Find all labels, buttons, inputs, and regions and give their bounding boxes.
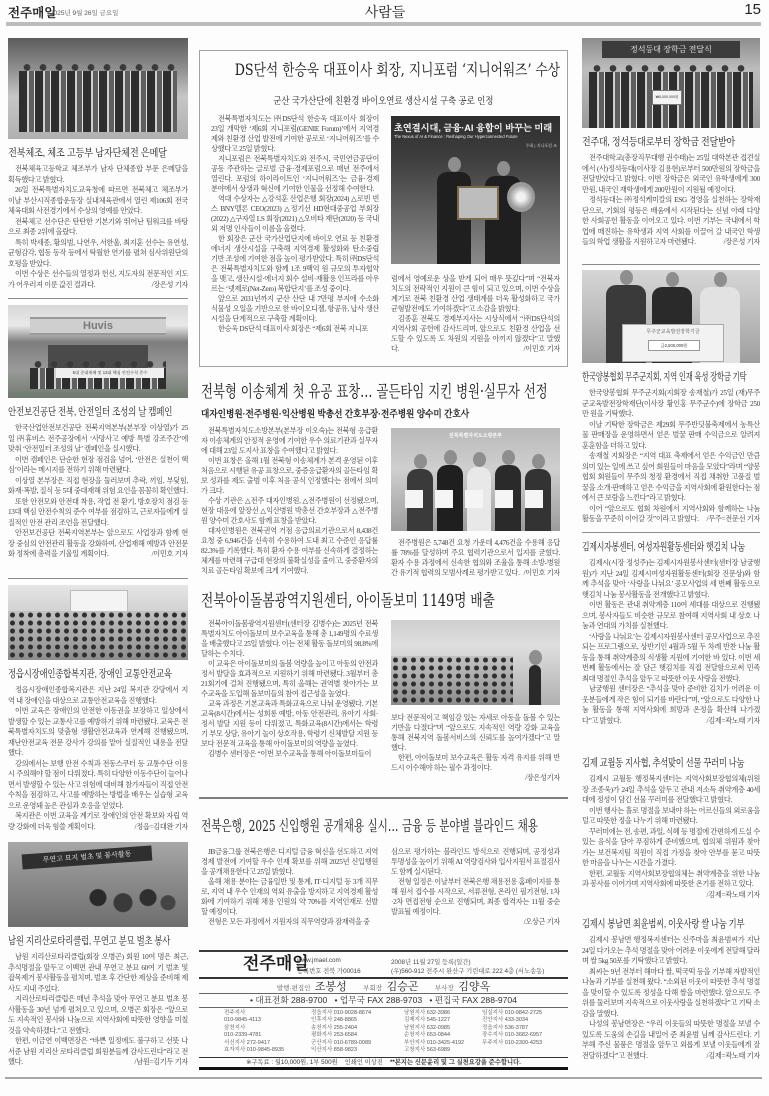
paragraph: 꾸러미에는 전, 송편, 과일, 식혜 등 명절에 간편하게 드실 수 있는 음… [582,827,760,869]
featured-headline-wrap: DS단석 한승욱 대표이사 회장, 지니포럼 ‘지니어워즈’ 수상 [199,59,568,81]
byline: /정읍=김대완 기자 [131,822,188,833]
byline: /장은성기자 [391,773,560,783]
paragraph: 수상 기관은 △전주 대자인병원, △전주병원이 선정됐으며, 현장 대응에 앞… [201,496,378,526]
photo-huvis-campaign: Huvis 5대 중대재해 및 13대 핵심 안전수칙 준수 [8,305,188,398]
paragraph: 교육 과정은 기본교육과 특화교육으로 나눠 운영됐다. 기본교육(8시간)에서… [201,699,378,749]
paragraph: 전북체고 선수단은 탄탄한 기본기와 뛰어난 팀워크를 바탕으로 최종 2위에 … [8,217,188,238]
byline: /김제=곽노태 기자 [703,716,760,727]
staff-name: 김양옥 [458,981,490,993]
header-rule [6,22,761,26]
article-body-beekeepers: 한국양봉협회 무주군지회(지회장 송재철)가 25일 (재)무주군교육발전장학재… [582,388,760,528]
article-body-kimchi-sharing: 김제시(시장 정성주)는 김제시자원봉사센터(센터장 남궁행원)가 지난 24일… [582,558,760,740]
byline: /이민호 기자 [520,344,560,354]
donation-board: 무주군교육발전장학기금 금2,500,000원 [622,324,724,362]
paragraph: JB금융그룹 전북은행은 디지털 금융 혁신을 선도하고 지역경제 발전에 기여… [201,847,378,877]
article-divider [582,264,760,265]
article-body-jb-bank-right: 심으로 평가하는 블라인드 방식으로 진행되며, 공정성과 투명성을 높이기 위… [391,847,560,947]
photo-scholarship-ceremony: 정석등대 장학금 전달식 ₩5,000,000원 [582,38,760,128]
registration-date: 2008년 11월 27일 등록(일간) [391,957,471,966]
branch-entry: 익산지사 858-9823 [311,1047,371,1054]
paragraph: 이번 행사는 홀로 명절을 보내야 하는 어르신들의 외로움을 덜고 따뜻한 정… [582,806,760,827]
paragraph: 또한 안전모와 안전대 착용, 작업 전 환기, 방호장치 점검 등 13대 핵… [8,497,188,529]
masthead-url[interactable]: www.jmael.com [297,957,341,964]
wall-sign: 전북특별자치도소방본부 [391,432,560,439]
paragraph: 김종훈 전북도 경제부지사는 시상식에서 “㈜DS단석의 지역사회 공헌에 감사… [391,314,560,354]
paragraph: 최씨는 9년 전부터 해마다 쌀, 떡국떡 등을 기부해 자발적인 나눔과 기부… [582,967,760,1020]
staff-title: 부회장 [363,985,382,992]
branch-entry: 김제지사 545-1227 [404,1017,464,1024]
paragraph: 역대 수상자는 △강석훈 산업은행 회장(2024) △로빈 빈스 BNY멜론 … [211,194,379,234]
branch-entry: 전주지사 [224,1010,284,1017]
branch-entry: 삼천지사 [224,1025,284,1032]
paragraph: 김제시 교월동 행정복지센터는 지역사회보장협의체(위원장 조종욱)가 24일 … [582,774,760,806]
branch-entry: 인후지사 248-8865 [311,1017,371,1024]
article-body-jb-bank-left: JB금융그룹 전북은행은 디지털 금융 혁신을 선도하고 지역경제 발전에 기여… [201,847,378,931]
branch-entry: 고창지사 563-6989 [404,1047,464,1054]
issue-date: 2025년 9월 26일 금요일 [50,8,118,17]
headline-gymnastics: 전북체조, 체조 고등부 남자단체전 은메달 [8,146,167,160]
subtitle-ds-danseok: 군산 국가산단에 친환경 바이오연료 생산시설 구축 공로 인정 [273,95,493,107]
staff-title: 발행·편집인 [277,985,311,992]
article-body-child-care-left: 전북아이돌봄광역지원센터(센터장 김병수)는 2025년 전북특별자치도 아이돌… [201,619,378,781]
masthead-rule-top [199,950,568,952]
paragraph: ‘사랑을 나눠요’는 김제시자원봉사센터 공모사업으로 추진되는 프로그램으로,… [582,632,760,685]
masthead-rule-bottom [199,1067,568,1070]
staff-title: 부사장 [435,985,454,992]
photo-gymnastics-team [8,38,188,139]
staff-name: 김승곤 [387,981,419,993]
paragraph: 나성의 봉남면장은 “우리 이웃들의 따뜻한 명절을 보낼 수 있도록 도움의 … [582,1019,760,1061]
branch-entry: 진안지사 433-3034 [482,1017,542,1024]
building-sign: Huvis [30,317,166,335]
paragraph: 보다 전문적이고 책임감 있는 자세로 아동을 돌볼 수 있는 기반을 다졌다”… [391,713,560,753]
headline-kimchi-sharing: 김제시자봉센터, 여성자원활동센터와 햇김치 나눔 [582,540,745,554]
paragraph: 이번 활동은 관내 취약계층 110여 세대를 대상으로 진행됐으며, 봉사자들… [582,600,760,632]
article-body-child-care-right: 보다 전문적이고 책임감 있는 자세로 아동을 돌볼 수 있는 기반을 다졌다”… [391,713,560,787]
branch-entry: 장수지사 010-3682-6957 [482,1032,542,1039]
paragraph: 전북아이돌봄광역지원센터(센터장 김병수)는 2025년 전북특별자치도 아이돌… [201,619,378,659]
paragraph: 송재철 지회장은 “지역 대표 축제에서 얻은 수익금인 만큼 의미 있는 일에… [582,451,760,504]
branch-list-col-4: 임실지사 010-9842-2725 진안지사 433-3034 정읍지사 53… [482,1010,542,1047]
subtitle-wrap: 군산 국가산단에 친환경 바이오연료 생산시설 구축 공로 인정 [199,91,568,109]
office-address: (우)560-912 전주시 완산구 기린대로 222 4층 (서노송동) [391,966,544,975]
paragraph: 김병수 센터장은 “이번 보수교육을 통해 아이돌보미들이 [201,749,378,759]
ceremony-banner: 정석등대 장학금 전달식 [602,41,740,58]
headline-safety-campaign: 안전보건공단 전북, 안전일터 조성의 날 캠페인 [8,405,172,419]
paragraph: 지니포럼은 전북특별자치도와 전주시, 국민연금공단이 공동 주관하는 글로벌 … [211,154,379,194]
registration-number: 등록번호 전북 가00016 [297,966,361,975]
byline: /장은성 기자 [148,280,188,291]
photo-award-recipients: 전북특별자치도소방본부 [391,428,560,531]
paragraph: 전주병원은 5,748건 요청 가운데 4,476건을 수용해 응답률 78%를… [391,538,560,578]
article-body-traffic-safety: 정읍시장애인종합복지관은 지난 24일 복지관 강당에서 지역 내 장애인을 대… [8,685,188,833]
fax-business: • 업무국 FAX 288-9703 [335,995,423,1005]
paragraph: 전북특별자치도소방본부(본부장 이오숙)는 전북형 응급환자 이송체계의 안정적… [201,426,378,456]
byline: /오상근 기자 [391,917,560,927]
paragraph: 이 교육은 아이돌보미의 돌봄 역량을 높이고 아동의 안전과 정서 발달을 효… [201,659,378,699]
article-body-jeonju-univ: 전주대학교(총장직무대행 권수태)는 25일 대학본관 접견실에서 (사)정석등… [582,153,760,261]
ethics-statement: **본지는 신문윤리 및 그 실천요강을 준수합니다. [390,1059,521,1066]
paragraph: 이날 기탁한 장학금은 제29회 무주반딧불축제에서 농특산물 판매장을 운영하… [582,420,760,452]
paragraph: 특히 박세종, 황의범, 나연우, 서한울, 최지훈 선수는 유연성, 균형감각… [8,238,188,270]
section-title: 사람들 [340,2,430,22]
paragraph: 대자인병원은 전북권역 거점 응급의료기관으로서 8,438건 요청 중 6,9… [201,526,378,576]
branch-list-col-2: 정읍지사 010-9028-8674 인후지사 248-8865 송천지사 25… [311,1010,371,1054]
paragraph: 올해 채용 분야는 금융일반 및 통계, IT·디지털 등 3개 직무로, 지역… [201,877,378,917]
paragraph: 안전보건공단 전북지역본부는 앞으로도 사업장과 함께 현장 중심의 안전관리 … [8,528,188,560]
headline-traffic-safety: 정읍시장애인종합복지관, 장애인 교통안전교육 [8,667,172,681]
article-divider [8,298,188,299]
paragraph: 한편, 아이돌보미 보수교육은 활동 자격 유지를 위해 반드시 이수해야 하는… [391,753,560,773]
byline: /무주=전문선 기자 [703,514,760,525]
branch-entry: 순창지사 653-0844 [404,1032,464,1039]
headline-beekeepers-scholarship: 한국양봉협회 무주군지회, 지역 인재 육성 장학금 기탁 [582,370,746,384]
photo-caregiver-training [391,620,560,705]
paragraph: 이번 캠페인은 단순한 현장 점검을 넘어, ‘안전은 실천이 핵심’이라는 메… [8,455,188,476]
branch-entry: 서신지사 272-9417 [224,1040,284,1047]
volunteers-group [78,884,178,918]
branch-entry: 무주지사 010-2300-4253 [482,1040,542,1047]
paragraph-text: 한편, 교월동 지역사회보장협의체는 취약계층을 위한 나눔과 봉사를 이어가며… [582,870,760,889]
article-body-gyowol-gift-boxes: 김제시 교월동 행정복지센터는 지역사회보장협의체(위원장 조종욱)가 24일 … [582,774,760,902]
paragraph: 럼에서 영예로운 상을 받게 되어 매우 뜻깊다”며 “전북자치도의 전략적인 … [391,274,560,314]
paragraph: 한국산업안전보건공단 전북지역본부(본부장 이상열)가 25일 ㈜휴비스 전주공… [8,423,188,455]
award-plaque [457,186,499,220]
staff-name: 조봉성 [315,981,347,993]
paragraph: 전주대학교(총장직무대행 권수태)는 25일 대학본관 접견실에서 (사)정석등… [582,153,760,195]
paragraph: 이번 수상은 선수들의 열정과 헌신, 지도자의 전문적인 지도가 어우러져 이… [8,269,188,290]
paragraph: 김제시(시장 정성주)는 김제시자원봉사센터(센터장 남궁행원)가 지난 24일… [582,558,760,600]
byline: /남원=김기두 기자 [131,1057,188,1068]
paragraph: 한승욱 DS단석 대표이사 회장은 “제6회 전북 지니포 [211,324,379,334]
paragraph: 전북특별자치도는 ㈜DS단석 한승욱 대표이사 회장이 23일 개막한 ‘제6회… [211,114,379,154]
article-body-gymnastics: 전북체육고등학교 체조부가 남자 단체종합 부문 은메달을 획득했다고 밝혔다.… [8,164,188,292]
article-divider [582,532,760,533]
board-title: 무주군교육발전장학기금 [623,328,723,335]
byline: /장은성 기자 [720,237,760,248]
branch-entry: 평화지사 253-6584 [311,1032,371,1039]
photo-beekeepers-donation: 무주군교육발전장학기금 금2,500,000원 [582,270,760,363]
paragraph: 정읍시장애인종합복지관은 지난 24일 복지관 강당에서 지역 내 장애인을 대… [8,685,188,706]
headline-gyowol-gift-boxes: 김제 교월동 지사협, 추석맞이 선물 꾸러미 나눔 [582,756,744,770]
subscription-fee: ※구독료 : 월10,000원, 1부 500원 [246,1059,338,1066]
paragraph: 한편, 교월동 지역사회보장협의체는 취약계층을 위한 나눔과 봉사를 이어가며… [582,869,760,890]
flower-bouquet [507,182,535,212]
headline-rice-donation: 김제시 봉남면 최윤범씨, 이웃사랑 쌀 나눔 기부 [582,917,744,931]
branch-entry: 부안지사 010-3425-4192 [404,1040,464,1047]
paragraph: 앞으로 2031년까지 군산 산단 내 7만평 부지에 수소화 식물성 오일을 … [211,294,379,324]
photo-traffic-safety-education [8,585,188,660]
paragraph: 지리산로타리클럽은 매년 추석을 맞아 무연고 분묘 벌초 봉사활동을 30년 … [8,994,188,1036]
masthead-footer: ※구독료 : 월10,000원, 1부 500원 인쇄인 이상진 **본지는 신… [199,1059,568,1067]
donation-amount: 금2,500,000원 [648,340,700,351]
article-body-ds-danseok-right: 럼에서 영예로운 상을 받게 되어 매우 뜻깊다”며 “전북자치도의 전략적인 … [391,274,560,360]
paragraph: 정석등대는 ㈜정석케미칼의 ESG 경영을 실천하는 장학재단으로, 기회의 평… [582,195,760,248]
byline: /김제=곽노태 기자 [703,1051,760,1062]
lecturer [529,665,541,705]
stage-banner-subtitle: The Nexus of AI & Finance : Reshaping Ou… [394,134,557,139]
paragraph: 김제시 봉남면 행정복지센터는 신주마을 최윤범씨가 지난 24일 다가오는 추… [582,935,760,967]
article-body-ds-danseok-left: 전북특별자치도는 ㈜DS단석 한승욱 대표이사 회장이 23일 개막한 ‘제6회… [211,114,379,359]
trainees-crowd [391,656,513,705]
certificates [405,490,549,508]
paragraph: 26일 전북특별자치도교육청에 따르면 전북체고 체조부가 이날 부산시직종합운… [8,185,188,217]
article-body-rice-donation: 김제시 봉남면 행정복지센터는 신주마을 최윤범씨가 지난 24일 다가오는 추… [582,935,760,1067]
projection-screen [70,590,128,612]
byline: /이민호 기자 [148,549,188,560]
article-divider [8,578,188,579]
headline-jb-bank-recruitment: 전북은행, 2025 신입행원 공개채용 실시… 금융 등 분야별 블라인드 채… [201,817,538,837]
paragraph: 한편, 이금연 이백면장은 “바쁜 일정에도 불구하고 선뜻 나서준 남원 지리… [8,1036,188,1068]
subtitle-emergency-transport: 대자인병원·전주병원·익산병원 박총선 간호부장·전주병원 양수미 간호사 [201,408,469,420]
printer: 인쇄인 이상진 [345,1059,383,1066]
paragraph: 이어 “앞으로도 협회 차원에서 지역사회와 함께하는 나눔 활동을 꾸준히 이… [582,504,760,525]
campaign-banner: 5대 중대재해 및 13대 핵심 안전수칙 준수 [56,368,164,378]
masthead-phones: • 대표전화 288-9700 • 업무국 FAX 288-9703 • 편집국… [199,995,568,1006]
paragraph: 이상열 본부장은 직접 현장을 둘러보며 추락, 끼임, 부딪힘, 화재·폭발,… [8,476,188,497]
paragraph: 전형 일정은 이날부터 전북은행 채용전용 홈페이지를 통해 원서 접수를 시작… [391,877,560,917]
headline-grave-cleanup: 남원 지리산로타리클럽, 무연고 분묘 벌초 봉사 [8,934,170,948]
scholarship-check: ₩5,000,000원 [652,90,682,105]
article-body-emergency-transport-right: 전주병원은 5,748건 요청 가운데 4,476건을 수용해 응답률 78%를… [391,538,560,580]
paragraph: 남궁행원 센터장은 “추석을 맞아 준비한 김치가 어려운 이웃분들에게 작은 … [582,684,760,726]
newspaper-page: 전주매일 2025년 9월 26일 금요일 사람들 15 전북체조, 체조 고등… [0,0,769,1096]
paragraph: 한국양봉협회 무주군지회(지회장 송재철)가 25일 (재)무주군교육발전장학재… [582,388,760,420]
byline: /김제=곽노태 기자 [703,890,760,901]
people-group [19,71,177,132]
masthead-rule [199,1007,568,1008]
article-body-emergency-transport-left: 전북특별자치도소방본부(본부장 이오숙)는 전북형 응급환자 이송체계의 안정적… [201,426,378,578]
branch-list-col-1: 전주지사 010-9845-4113 삼천지사 010-2339-4781 서신… [224,1010,284,1054]
phone-main: • 대표전화 288-9700 [250,995,327,1005]
article-divider [199,797,568,799]
fax-editorial: • 편집국 FAX 288-9704 [429,995,517,1005]
audience-crowd [8,611,188,661]
branch-entry: 010-9845-4113 [224,1017,284,1024]
paragraph: 강의에서는 보행 안전 수칙과 전동스쿠터 등 교통수단 이용 시 주의해야 할… [8,759,188,812]
stage-banner-host: 주최 | 지니포럼 조 [526,143,557,149]
paragraph: 심으로 평가하는 블라인드 방식으로 진행되며, 공정성과 투명성을 높이기 위… [391,847,560,877]
branch-entry: 효자지사 010-9845-8935 [224,1047,284,1054]
page-number: 15 [744,1,761,18]
masthead-rule [199,1057,568,1058]
paragraph: 전형은 모든 과정에서 지원자의 직무역량과 잠재력을 중 [201,917,378,927]
paragraph: 복지관은 이번 교육을 계기로 장애인의 안전 확보와 자립 역량 강화에 더욱… [8,811,188,832]
page-bottom-rule [5,1077,762,1079]
branch-list-col-3: 남원지사 632-3986 김제지사 545-1227 남원지사 632-098… [404,1010,464,1054]
event-banner: 무연고 묘지 벌초 및 봉사활동 [22,845,153,869]
paragraph: 이번 표창은 올해 1월 전북형 이송체계가 본격 운영된 이후 처음으로 시행… [201,456,378,496]
branch-entry: 군산지사 010-6789-0089 [311,1040,371,1047]
paragraph: 전북체육고등학교 체조부가 남자 단체종합 부문 은메달을 획득했다고 밝혔다. [8,164,188,185]
article-body-grave-cleanup: 남원 지리산로타리클럽(회장 오병곤) 회원 10여 명은 최근, 추석명절을 … [8,952,188,1072]
photo-grave-cleanup: 무연고 묘지 벌초 및 봉사활동 [8,842,188,927]
paragraph: 한 회장은 군산 국가산업단지에 바이오 연료 등 친환경 에너지 생산시설을 … [211,234,379,294]
headline-jeonju-univ-scholarship: 전주대, 정석등대로부터 장학금 전달받아 [582,135,735,149]
photo-award-ceremony: 초연결시대, 금융·AI 융합이 바꾸는 미래 The Nexus of AI … [391,116,560,264]
headline-child-care-center: 전북아이돌봄광역지원센터, 아이돌보미 1149명 배출 [201,590,495,612]
masthead-rule [199,993,568,994]
stage-banner-title: 초연결시대, 금융·AI 융합이 바꾸는 미래 [394,120,557,134]
byline: /이민호 기자 [520,568,560,578]
headline-ds-danseok-award: DS단석 한승욱 대표이사 회장, 지니포럼 ‘지니어워즈’ 수상 [235,59,560,81]
paragraph: 남원 지리산로타리클럽(회장 오병곤) 회원 10여 명은 최근, 추석명절을 … [8,952,188,994]
branch-entry: 010-2339-4781 [224,1032,284,1039]
paragraph: 이번 교육은 장애인의 안전한 이동권을 보장하고 일상에서 발생할 수 있는 … [8,706,188,759]
headline-emergency-transport-award: 전북형 이송체계 첫 유공 표창… 골든타임 지킨 병원·실무자 선정 [201,381,548,403]
article-body-safety-campaign: 한국산업안전보건공단 전북지역본부(본부장 이상열)가 25일 ㈜휴비스 전주공… [8,423,188,571]
